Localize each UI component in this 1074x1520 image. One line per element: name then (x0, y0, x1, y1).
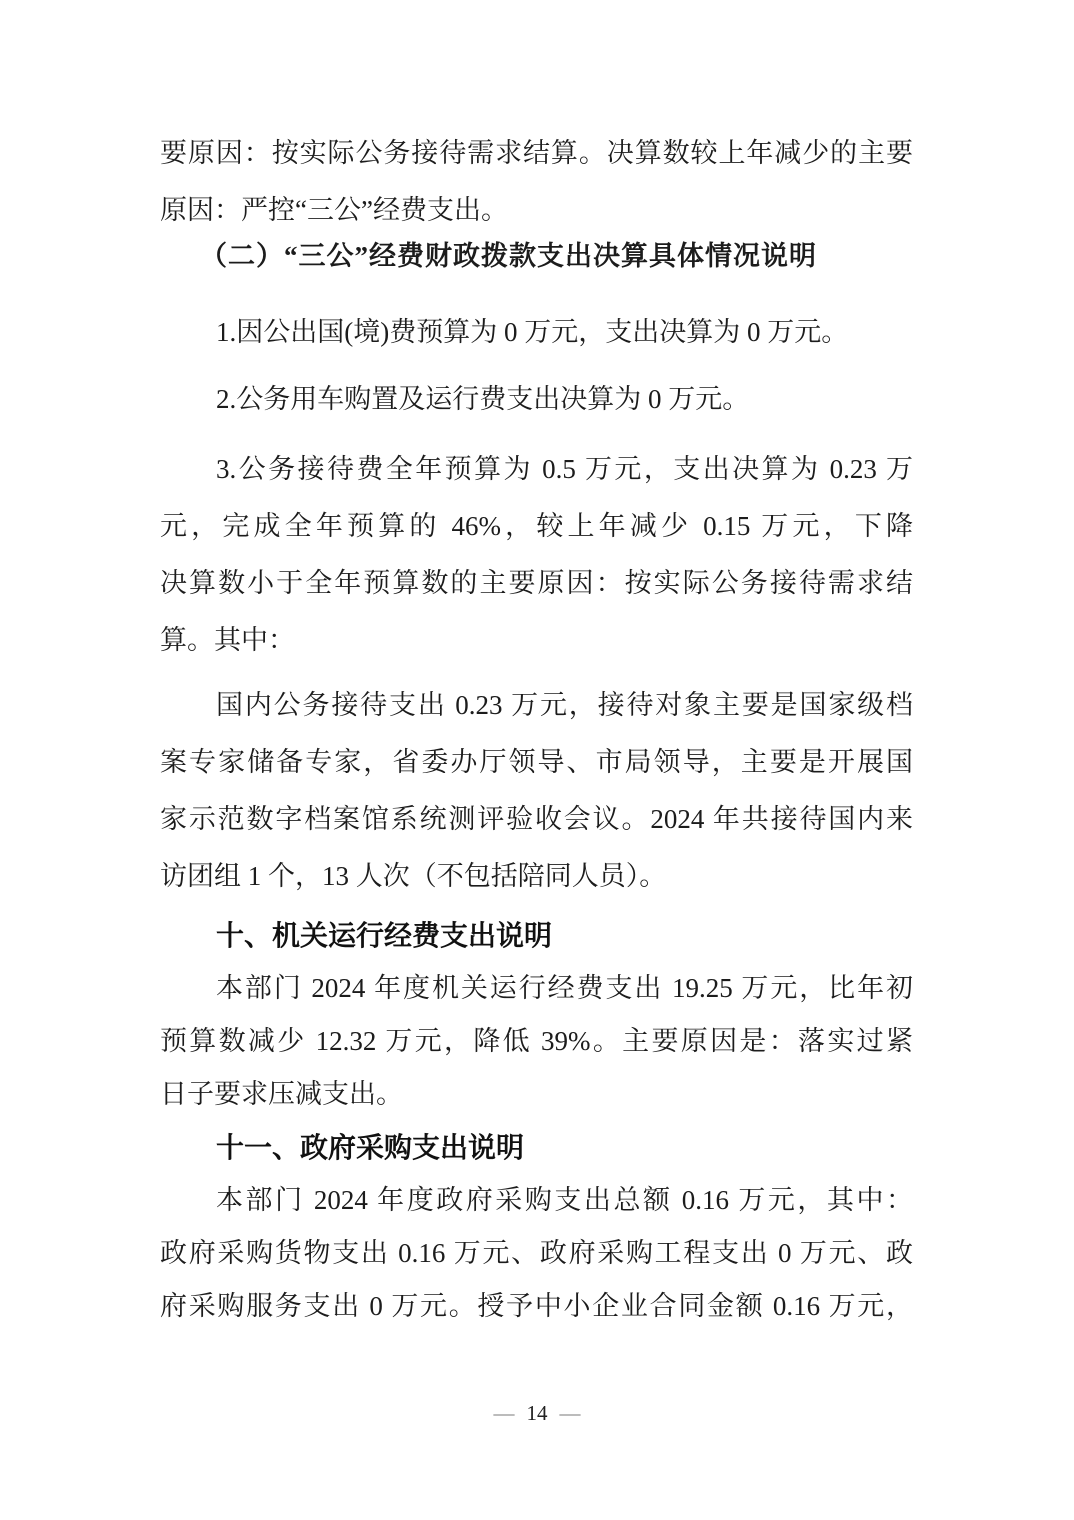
reception-paragraph-line-3: 家示范数字档案馆系统测评验收会议。2024 年共接待国内来 (160, 791, 913, 848)
list-item-2: 2.公务用车购置及运行费支出决算为 0 万元。 (160, 371, 913, 428)
section-10-line-2: 预算数减少 12.32 万元，降低 39%。主要原因是：落实过紧 (160, 1015, 913, 1068)
document-page: 要原因：按实际公务接待需求结算。决算数较上年减少的主要 原因：严控“三公”经费支… (0, 0, 1074, 1520)
section-10-line-1: 本部门 2024 年度机关运行经费支出 19.25 万元，比年初 (160, 962, 913, 1015)
list-item-3-line-4: 算。其中： (160, 612, 913, 669)
reception-paragraph-line-4: 访团组 1 个，13 人次（不包括陪同人员）。 (160, 848, 913, 905)
list-item-3-line-2: 元，完成全年预算的 46%，较上年减少 0.15 万元，下降 39.5%。 (160, 498, 913, 555)
page-footer: —14— (0, 1398, 1074, 1428)
page-content: 要原因：按实际公务接待需求结算。决算数较上年减少的主要 原因：严控“三公”经费支… (160, 125, 913, 1333)
page-number: 14 (527, 1401, 548, 1425)
reception-paragraph-line-1: 国内公务接待支出 0.23 万元，接待对象主要是国家级档 (160, 677, 913, 734)
section-11-heading: 十一、政府采购支出说明 (160, 1121, 913, 1174)
section-11-line-2: 政府采购货物支出 0.16 万元、政府采购工程支出 0 万元、政 (160, 1227, 913, 1280)
section-10-line-3: 日子要求压减支出。 (160, 1068, 913, 1121)
list-item-1: 1.因公出国(境)费预算为 0 万元，支出决算为 0 万元。 (160, 304, 913, 361)
list-item-3-line-3: 决算数小于全年预算数的主要原因：按实际公务接待需求结 (160, 555, 913, 612)
list-item-3-line-1: 3.公务接待费全年预算为 0.5 万元，支出决算为 0.23 万 (160, 441, 913, 498)
section-10-heading: 十、机关运行经费支出说明 (160, 909, 913, 962)
section-11-line-1: 本部门 2024 年度政府采购支出总额 0.16 万元，其中： (160, 1174, 913, 1227)
subsection-2-heading: （二）“三公”经费财政拨款支出决算具体情况说明 (160, 228, 913, 285)
continued-paragraph-line-1: 要原因：按实际公务接待需求结算。决算数较上年减少的主要 (160, 125, 913, 182)
reception-paragraph-line-2: 案专家储备专家，省委办厅领导、市局领导，主要是开展国 (160, 734, 913, 791)
lower-sections: 十、机关运行经费支出说明 本部门 2024 年度机关运行经费支出 19.25 万… (160, 909, 913, 1333)
footer-dash-right: — (548, 1401, 593, 1425)
section-11-line-3: 府采购服务支出 0 万元。授予中小企业合同金额 0.16 万元， (160, 1280, 913, 1333)
footer-dash-left: — (482, 1401, 527, 1425)
